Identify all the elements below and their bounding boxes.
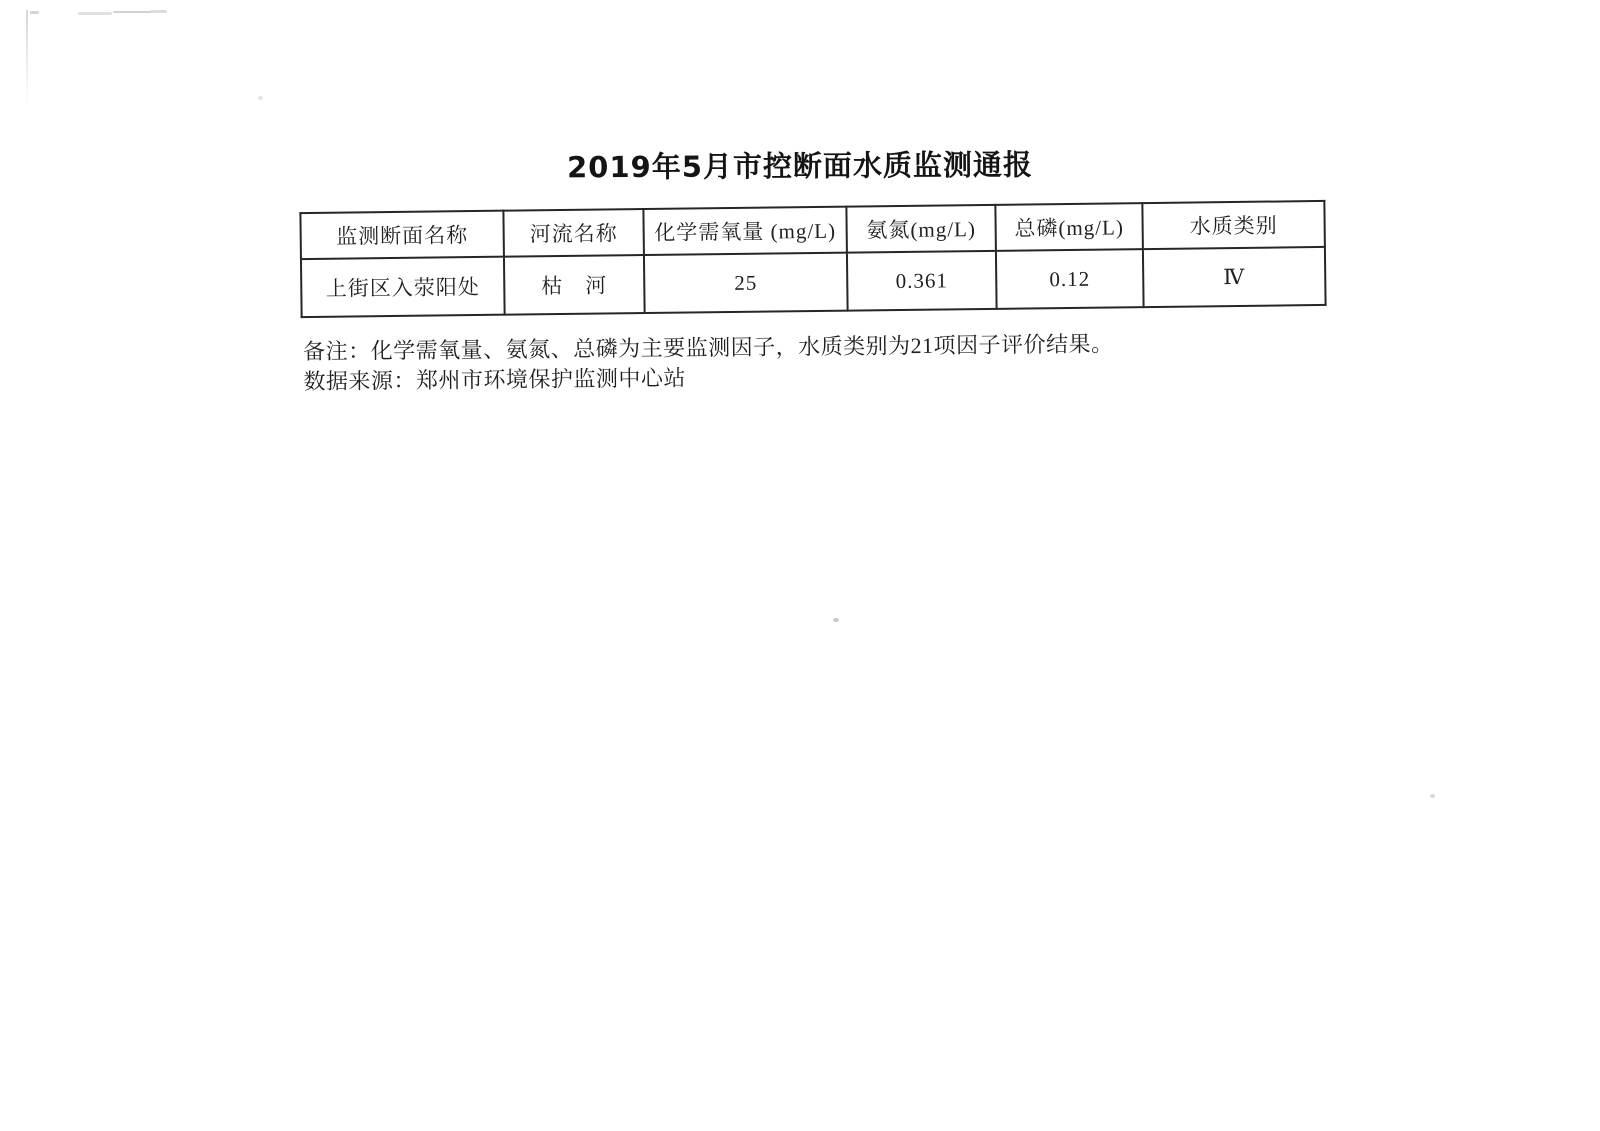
cell-cod: 25 xyxy=(644,253,848,313)
header-phosphorus: 总磷(mg/L) xyxy=(995,203,1143,251)
scan-artifact-speck xyxy=(258,96,263,100)
cell-ammonia: 0.361 xyxy=(847,251,997,311)
scanned-document-page: 2019年5月市控断面水质监测通报 监测断面名称 河流名称 化学需氧量 (mg/… xyxy=(0,0,1600,1131)
header-cod: 化学需氧量 (mg/L) xyxy=(643,207,847,255)
scan-artifact-smudge xyxy=(150,10,167,13)
header-section-name: 监测断面名称 xyxy=(300,211,504,259)
water-quality-table: 监测断面名称 河流名称 化学需氧量 (mg/L) 氨氮(mg/L) 总磷(mg/… xyxy=(299,200,1326,318)
water-quality-table-wrapper: 监测断面名称 河流名称 化学需氧量 (mg/L) 氨氮(mg/L) 总磷(mg/… xyxy=(299,200,1326,318)
scan-artifact-vertical-line xyxy=(26,10,28,106)
scan-artifact-smudge xyxy=(30,11,39,14)
cell-quality-grade: Ⅳ xyxy=(1143,247,1326,307)
note-data-source: 数据来源：郑州市环境保护监测中心站 xyxy=(303,359,1114,397)
footnotes: 备注：化学需氧量、氨氮、总磷为主要监测因子，水质类别为21项因子评价结果。 数据… xyxy=(303,329,1114,397)
header-quality-grade: 水质类别 xyxy=(1142,201,1325,249)
header-river-name: 河流名称 xyxy=(503,209,644,257)
document-title: 2019年5月市控断面水质监测通报 xyxy=(0,139,1600,190)
header-ammonia: 氨氮(mg/L) xyxy=(846,205,996,253)
scan-artifact-speck xyxy=(1430,794,1435,798)
cell-phosphorus: 0.12 xyxy=(996,249,1144,309)
cell-section-name: 上街区入荥阳处 xyxy=(301,257,505,317)
table-row: 上街区入荥阳处 枯 河 25 0.361 0.12 Ⅳ xyxy=(301,247,1326,317)
scan-artifact-smudge xyxy=(113,11,162,13)
cell-river-name: 枯 河 xyxy=(504,255,645,315)
scan-artifact-speck xyxy=(833,618,839,622)
scan-artifact-smudge xyxy=(78,12,112,15)
